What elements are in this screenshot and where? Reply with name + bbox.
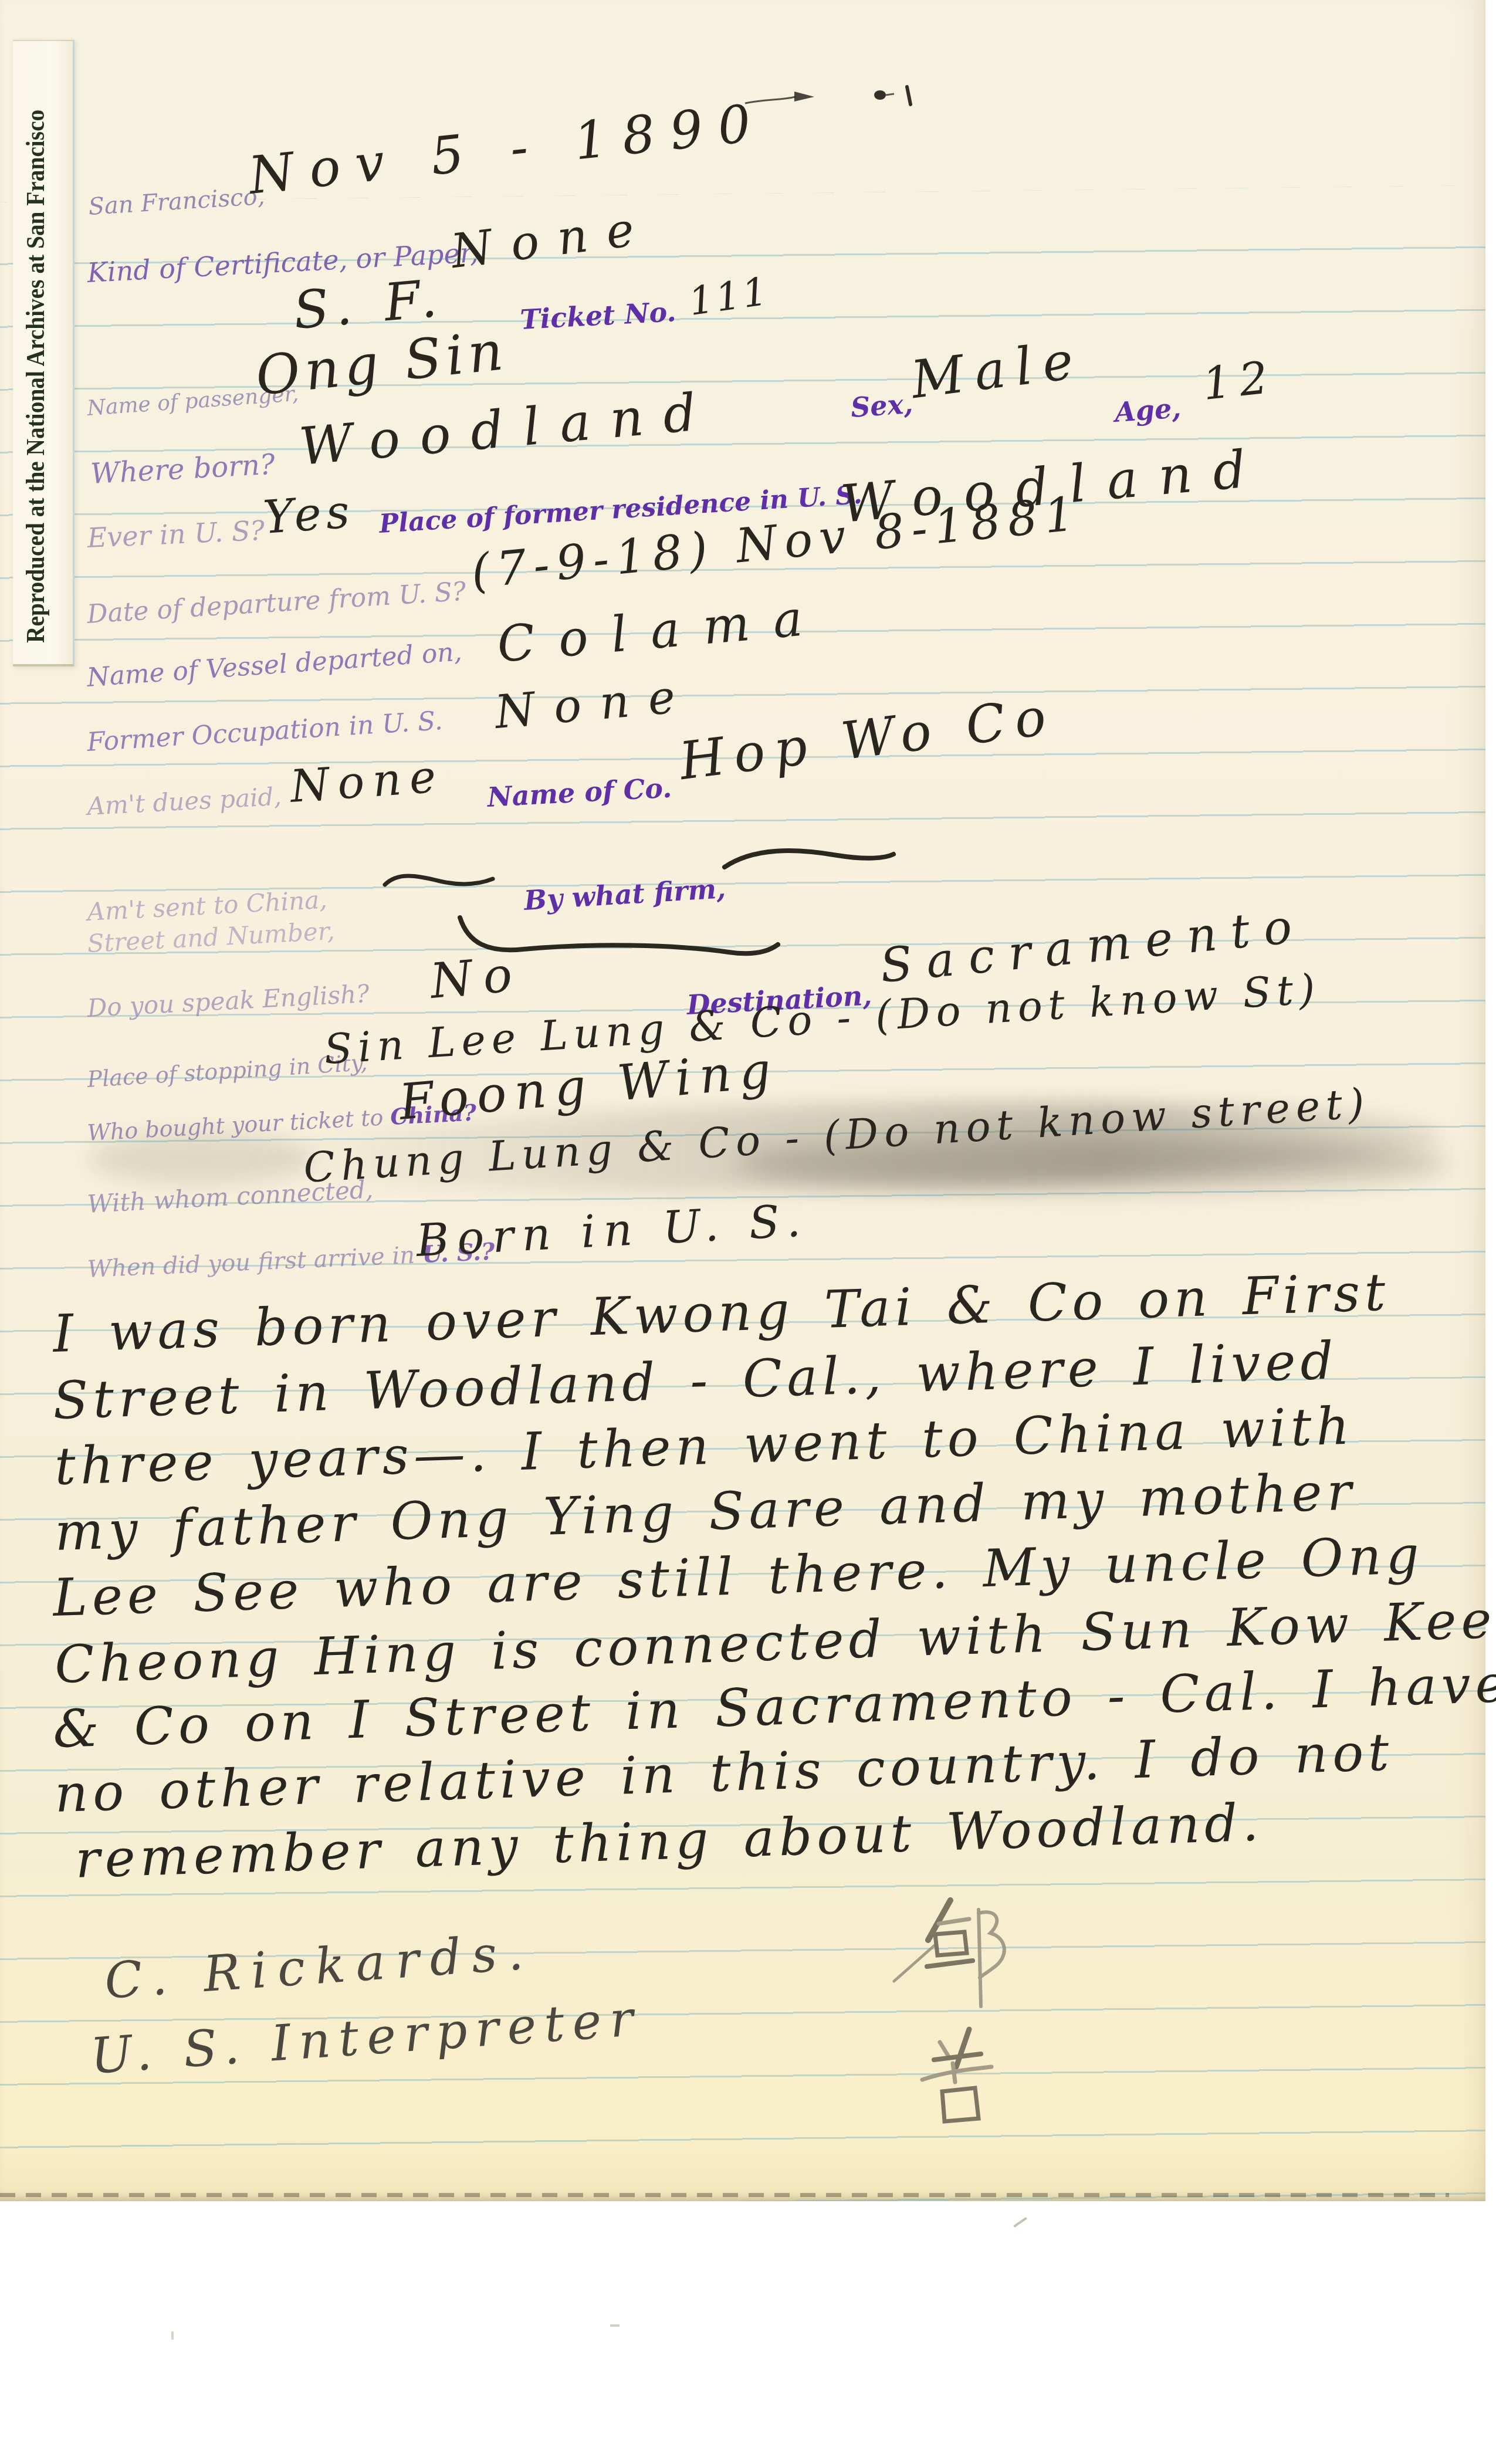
stray-pencil-mark-bottom [1013, 2217, 1027, 2228]
stray-pencil-mark-bottom [171, 2331, 174, 2340]
stray-ink-marks-top [744, 82, 920, 111]
stray-pencil-mark-bottom [610, 2324, 620, 2327]
scanned-document-page: Reproduced at the National Archives at S… [0, 0, 1496, 2464]
field-ever-in-us-value: Yes [262, 485, 356, 544]
dash-stroke-sent-to-china [380, 866, 497, 894]
field-sex-label: Sex, [849, 388, 913, 424]
dash-stroke-street [452, 909, 786, 962]
archive-stamp-text: Reproduced at the National Archives at S… [20, 80, 54, 643]
dash-stroke-firm [719, 842, 901, 876]
paper-bottom-edge [0, 2193, 1449, 2197]
field-age-label: Age, [1113, 392, 1182, 428]
field-age-value: 12 [1200, 350, 1278, 410]
chinese-inscription [892, 1886, 1050, 2138]
field-dues-value: None [289, 750, 446, 813]
